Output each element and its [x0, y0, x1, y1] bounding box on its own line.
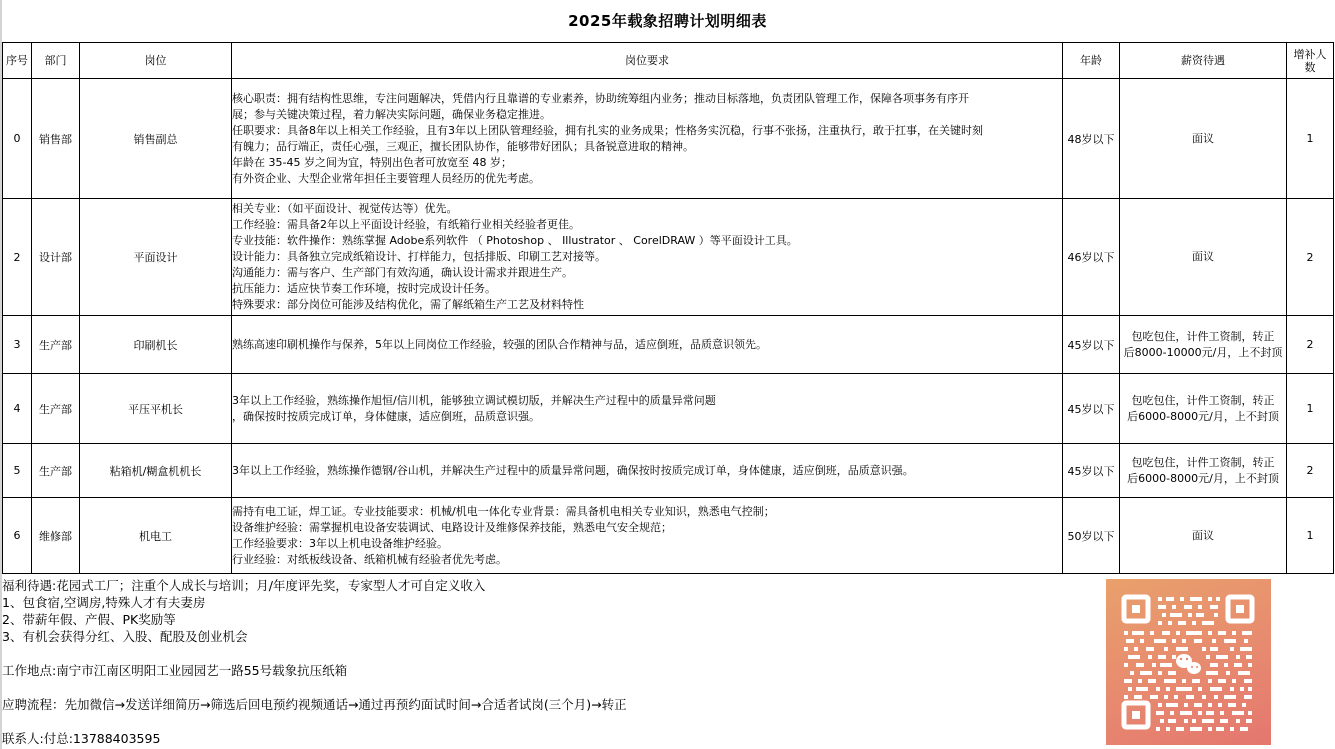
benefits-title: 福利待遇:花园式工厂；注重个人成长与培训；月/年度评先奖，专家型人才可自定义收入 — [2, 577, 627, 594]
benefit-item: 2、带薪年假、产假、PK奖励等 — [2, 611, 627, 628]
page-title: 2025年载象招聘计划明细表 — [0, 0, 1335, 42]
header-requirements: 岗位要求 — [232, 43, 1063, 79]
row-position: 印刷机长 — [80, 316, 232, 374]
row-department: 生产部 — [32, 374, 80, 444]
row-position: 机电工 — [80, 498, 232, 574]
row-salary: 包吃包住，计件工资制，转正 后6000-8000元/月，上不封顶 — [1120, 374, 1287, 444]
row-index: 6 — [3, 498, 32, 574]
header-age: 年龄 — [1063, 43, 1120, 79]
row-department: 生产部 — [32, 444, 80, 498]
row-age: 46岁以下 — [1063, 199, 1120, 316]
row-position: 平压平机长 — [80, 374, 232, 444]
row-department: 设计部 — [32, 199, 80, 316]
row-requirements: 相关专业：（如平面设计、视觉传达等）优先。 工作经验：需具备2年以上平面设计经验… — [232, 199, 1063, 316]
application-process: 应聘流程：先加微信→发送详细简历→筛选后回电预约视频通话→通过再预约面试时间→合… — [2, 696, 627, 713]
header-index: 序号 — [3, 43, 32, 79]
row-headcount: 1 — [1287, 374, 1334, 444]
row-index: 5 — [3, 444, 32, 498]
row-department: 销售部 — [32, 79, 80, 199]
row-salary: 面议 — [1120, 199, 1287, 316]
row-age: 50岁以下 — [1063, 498, 1120, 574]
table-row: 6 维修部 机电工 需持有电工证，焊工证。专业技能要求：机械/机电一体化专业背景… — [3, 498, 1334, 574]
row-age: 48岁以下 — [1063, 79, 1120, 199]
table-row: 2 设计部 平面设计 相关专业：（如平面设计、视觉传达等）优先。 工作经验：需具… — [3, 199, 1334, 316]
row-age: 45岁以下 — [1063, 316, 1120, 374]
row-position: 粘箱机/糊盒机机长 — [80, 444, 232, 498]
row-salary: 包吃包住，计件工资制，转正 后6000-8000元/月，上不封顶 — [1120, 444, 1287, 498]
wechat-qr-code — [1106, 579, 1271, 745]
row-headcount: 2 — [1287, 444, 1334, 498]
row-salary: 包吃包住，计件工资制，转正 后8000-10000元/月，上不封顶 — [1120, 316, 1287, 374]
row-age: 45岁以下 — [1063, 374, 1120, 444]
row-headcount: 2 — [1287, 199, 1334, 316]
table-row: 5 生产部 粘箱机/糊盒机机长 3年以上工作经验，熟练操作德钢/谷山机，并解决生… — [3, 444, 1334, 498]
row-position: 销售副总 — [80, 79, 232, 199]
recruitment-table: 序号 部门 岗位 岗位要求 年龄 薪资待遇 增补人数 0 销售部 销售副总 核心… — [2, 42, 1334, 574]
row-requirements: 需持有电工证，焊工证。专业技能要求：机械/机电一体化专业背景：需具备机电相关专业… — [232, 498, 1063, 574]
row-headcount: 2 — [1287, 316, 1334, 374]
row-index: 4 — [3, 374, 32, 444]
header-department: 部门 — [32, 43, 80, 79]
notes-section: 福利待遇:花园式工厂；注重个人成长与培训；月/年度评先奖，专家型人才可自定义收入… — [2, 577, 627, 747]
header-salary: 薪资待遇 — [1120, 43, 1287, 79]
contact-info: 联系人:付总:13788403595 — [2, 730, 627, 747]
row-headcount: 1 — [1287, 498, 1334, 574]
row-department: 维修部 — [32, 498, 80, 574]
row-department: 生产部 — [32, 316, 80, 374]
row-position: 平面设计 — [80, 199, 232, 316]
row-index: 3 — [3, 316, 32, 374]
header-position: 岗位 — [80, 43, 232, 79]
table-header-row: 序号 部门 岗位 岗位要求 年龄 薪资待遇 增补人数 — [3, 43, 1334, 79]
table-row: 0 销售部 销售副总 核心职责：拥有结构性思维，专注问题解决，凭借内行且靠谱的专… — [3, 79, 1334, 199]
row-requirements: 熟练高速印刷机操作与保养，5年以上同岗位工作经验，较强的团队合作精神与品，适应倒… — [232, 316, 1063, 374]
table-row: 3 生产部 印刷机长 熟练高速印刷机操作与保养，5年以上同岗位工作经验，较强的团… — [3, 316, 1334, 374]
benefit-item: 1、包食宿,空调房,特殊人才有夫妻房 — [2, 594, 627, 611]
row-salary: 面议 — [1120, 79, 1287, 199]
row-requirements: 核心职责：拥有结构性思维，专注问题解决，凭借内行且靠谱的专业素养，协助统筹组内业… — [232, 79, 1063, 199]
row-index: 0 — [3, 79, 32, 199]
row-age: 45岁以下 — [1063, 444, 1120, 498]
table-row: 4 生产部 平压平机长 3年以上工作经验，熟练操作旭恒/信川机，能够独立调试模切… — [3, 374, 1334, 444]
row-requirements: 3年以上工作经验，熟练操作旭恒/信川机，能够独立调试模切版，并解决生产过程中的质… — [232, 374, 1063, 444]
row-salary: 面议 — [1120, 498, 1287, 574]
wechat-icon — [1176, 654, 1201, 674]
row-index: 2 — [3, 199, 32, 316]
work-location: 工作地点:南宁市江南区明阳工业园园艺一路55号载象抗压纸箱 — [2, 662, 627, 679]
header-headcount: 增补人数 — [1287, 43, 1334, 79]
row-requirements: 3年以上工作经验，熟练操作德钢/谷山机，并解决生产过程中的质量异常问题，确保按时… — [232, 444, 1063, 498]
row-headcount: 1 — [1287, 79, 1334, 199]
benefit-item: 3、有机会获得分红、入股、配股及创业机会 — [2, 628, 627, 645]
